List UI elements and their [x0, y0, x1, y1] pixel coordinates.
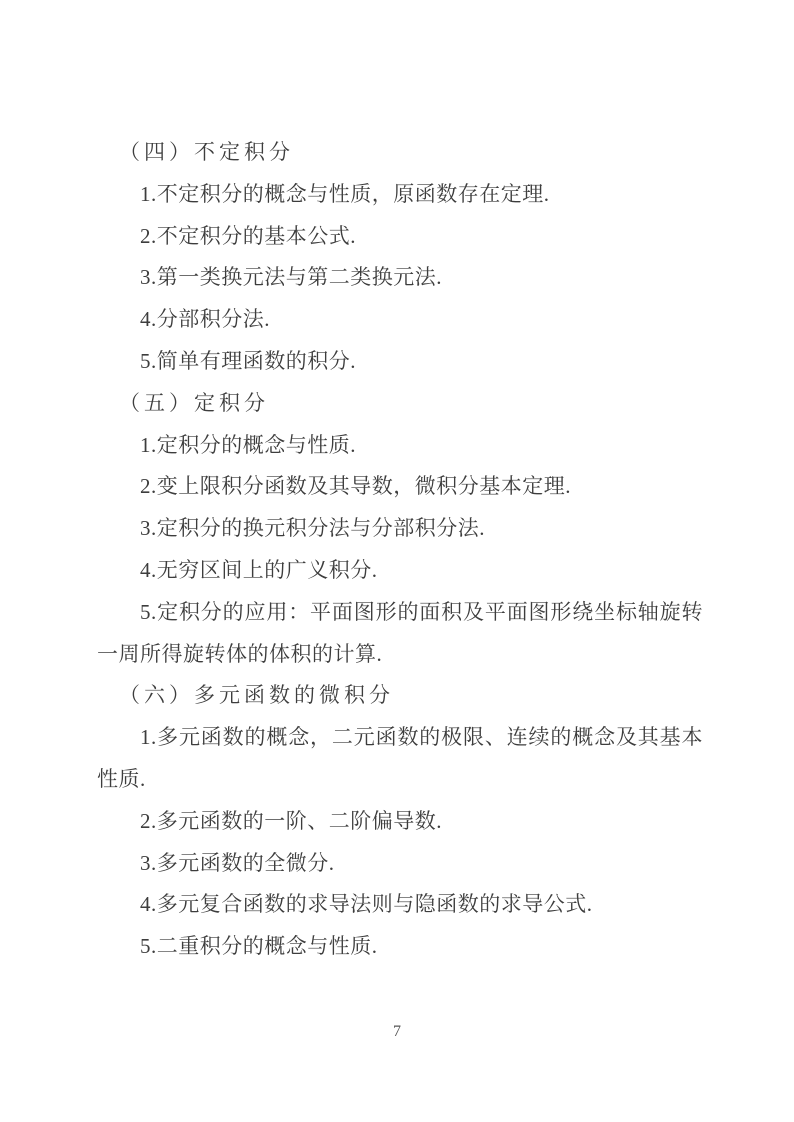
page-number: 7: [0, 1022, 794, 1042]
syllabus-item: 2.不定积分的基本公式.: [97, 216, 703, 258]
syllabus-item: 3.第一类换元法与第二类换元法.: [97, 257, 703, 299]
section-heading-5: （五）定积分: [97, 383, 703, 425]
syllabus-item: 5.简单有理函数的积分.: [97, 341, 703, 383]
syllabus-item: 1.不定积分的概念与性质，原函数存在定理.: [97, 174, 703, 216]
document-page: （四）不定积分 1.不定积分的概念与性质，原函数存在定理. 2.不定积分的基本公…: [0, 0, 794, 1122]
syllabus-item: 4.多元复合函数的求导法则与隐函数的求导公式.: [97, 884, 703, 926]
section-heading-4: （四）不定积分: [97, 132, 703, 174]
syllabus-item: 4.分部积分法.: [97, 299, 703, 341]
syllabus-item: 1.多元函数的概念，二元函数的极限、连续的概念及其基本性质.: [97, 717, 703, 801]
syllabus-item: 2.变上限积分函数及其导数，微积分基本定理.: [97, 466, 703, 508]
syllabus-item: 1.定积分的概念与性质.: [97, 425, 703, 467]
document-content: （四）不定积分 1.不定积分的概念与性质，原函数存在定理. 2.不定积分的基本公…: [97, 132, 703, 968]
syllabus-item: 3.多元函数的全微分.: [97, 843, 703, 885]
section-heading-6: （六）多元函数的微积分: [97, 675, 703, 717]
syllabus-item: 5.二重积分的概念与性质.: [97, 926, 703, 968]
syllabus-item: 2.多元函数的一阶、二阶偏导数.: [97, 801, 703, 843]
syllabus-item: 5.定积分的应用：平面图形的面积及平面图形绕坐标轴旋转一周所得旋转体的体积的计算…: [97, 592, 703, 676]
syllabus-item: 4.无穷区间上的广义积分.: [97, 550, 703, 592]
syllabus-item: 3.定积分的换元积分法与分部积分法.: [97, 508, 703, 550]
